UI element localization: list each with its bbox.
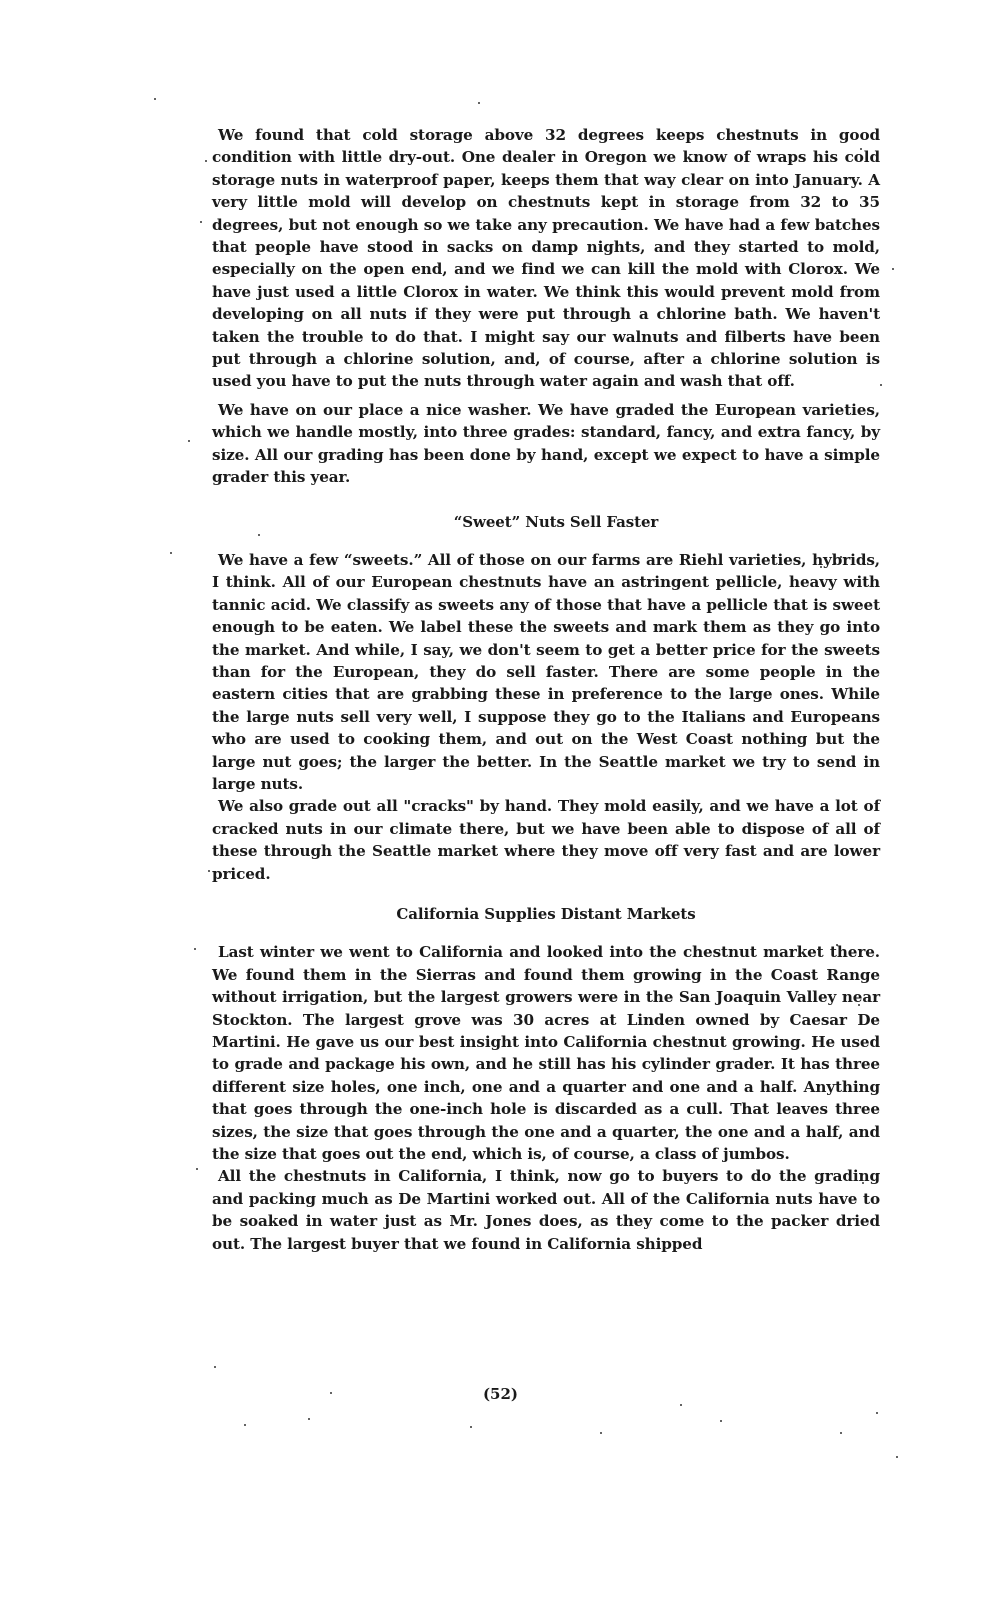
paragraph-washer-grades: We have on our place a nice washer. We h… — [212, 399, 880, 489]
paragraph-california-market: Last winter we went to California and lo… — [212, 941, 880, 1165]
speck — [862, 1182, 864, 1184]
speck — [820, 566, 822, 568]
speck — [478, 102, 480, 104]
speck — [876, 1412, 878, 1414]
paragraph-sweets: We have a few “sweets.” All of those on … — [212, 549, 880, 795]
speck — [330, 1392, 332, 1394]
speck — [880, 384, 882, 386]
speck — [860, 148, 862, 150]
speck — [680, 1404, 682, 1406]
speck — [188, 440, 190, 442]
page-number: (52) — [0, 1385, 1001, 1403]
speck — [196, 1168, 198, 1170]
paragraph-cold-storage: We found that cold storage above 32 degr… — [212, 124, 880, 393]
paragraph-california-buyers: All the chestnuts in California, I think… — [212, 1165, 880, 1255]
speck — [892, 268, 894, 270]
speck — [840, 556, 842, 558]
document-page: We found that cold storage above 32 degr… — [212, 124, 880, 1261]
speck — [720, 1420, 722, 1422]
speck — [258, 534, 260, 536]
speck — [866, 690, 868, 692]
speck — [214, 1366, 216, 1368]
section-heading-california: California Supplies Distant Markets — [212, 903, 880, 925]
speck — [308, 1418, 310, 1420]
speck — [154, 98, 156, 100]
speck — [836, 944, 838, 946]
speck — [208, 870, 210, 872]
speck — [244, 1424, 246, 1426]
speck — [470, 1426, 472, 1428]
speck — [170, 552, 172, 554]
speck — [194, 948, 196, 950]
section-heading-sweet-nuts: “Sweet” Nuts Sell Faster — [212, 511, 880, 533]
speck — [840, 1432, 842, 1434]
speck — [896, 1456, 898, 1458]
paragraph-cracks: We also grade out all "cracks" by hand. … — [212, 795, 880, 885]
speck — [600, 1432, 602, 1434]
speck — [858, 1004, 860, 1006]
speck — [200, 221, 202, 223]
speck — [205, 160, 207, 162]
